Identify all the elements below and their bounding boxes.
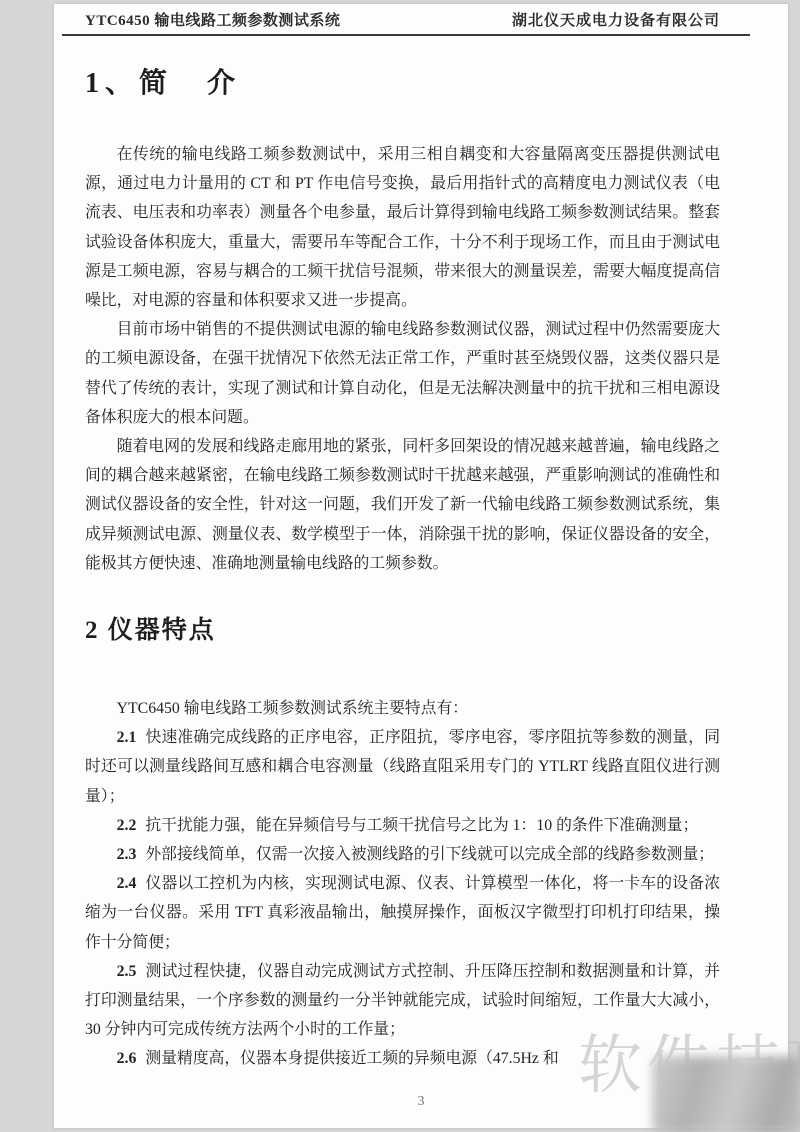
header-company-name: 湖北仪天成电力设备有限公司 xyxy=(512,9,720,30)
feature-text: 快速准确完成线路的正序电容，正序阻抗，零序电容，零序阻抗等参数的测量，同时还可以… xyxy=(85,729,720,804)
feature-text: 仪器以工控机为内核，实现测试电源、仪表、计算模型一体化，将一卡车的设备浓缩为一台… xyxy=(85,875,720,950)
scan-smudge-artifact xyxy=(652,1056,800,1132)
document-page: YTC6450 输电线路工频参数测试系统 湖北仪天成电力设备有限公司 1、简 介… xyxy=(54,4,788,1128)
feature-item: 2.3外部接线简单，仅需一次接入被测线路的引下线就可以完成全部的线路参数测量； xyxy=(85,840,720,869)
feature-text: 抗干扰能力强，能在异频信号与工频干扰信号之比为 1：10 的条件下准确测量； xyxy=(145,817,698,834)
paragraph: 随着电网的发展和线路走廊用地的紧张，同杆多回架设的情况越来越普遍，输电线路之间的… xyxy=(85,432,720,578)
features-intro: YTC6450 输电线路工频参数测试系统主要特点有： xyxy=(85,694,720,723)
feature-number: 2.4 xyxy=(117,875,137,892)
feature-number: 2.6 xyxy=(117,1050,137,1067)
page-header: YTC6450 输电线路工频参数测试系统 湖北仪天成电力设备有限公司 xyxy=(62,4,750,36)
section-1-body: 在传统的输电线路工频参数测试中，采用三相自耦变和大容量隔离变压器提供测试电源，通… xyxy=(85,140,720,578)
feature-number: 2.2 xyxy=(117,817,137,834)
paragraph: 目前市场中销售的不提供测试电源的输电线路参数测试仪器，测试过程中仍然需要庞大的工… xyxy=(85,315,720,432)
paragraph: 在传统的输电线路工频参数测试中，采用三相自耦变和大容量隔离变压器提供测试电源，通… xyxy=(85,140,720,315)
feature-text: 测试过程快捷，仪器自动完成测试方式控制、升压降压控制和数据测量和计算，并打印测量… xyxy=(85,963,720,1038)
feature-item: 2.4仪器以工控机为内核，实现测试电源、仪表、计算模型一体化，将一卡车的设备浓缩… xyxy=(85,869,720,957)
section-2-body: YTC6450 输电线路工频参数测试系统主要特点有： 2.1快速准确完成线路的正… xyxy=(85,694,720,1074)
feature-number: 2.5 xyxy=(117,963,137,980)
section-2-heading: 2 仪器特点 xyxy=(85,614,788,648)
feature-number: 2.1 xyxy=(117,729,137,746)
feature-text: 测量精度高，仪器本身提供接近工频的异频电源（47.5Hz 和 xyxy=(145,1050,558,1067)
header-document-title: YTC6450 输电线路工频参数测试系统 xyxy=(85,9,340,30)
feature-item: 2.2抗干扰能力强，能在异频信号与工频干扰信号之比为 1：10 的条件下准确测量… xyxy=(85,811,720,840)
section-1-heading: 1、简 介 xyxy=(85,66,788,102)
feature-text: 外部接线简单，仅需一次接入被测线路的引下线就可以完成全部的线路参数测量； xyxy=(145,846,714,863)
feature-number: 2.3 xyxy=(117,846,137,863)
feature-item: 2.1快速准确完成线路的正序电容，正序阻抗，零序电容，零序阻抗等参数的测量，同时… xyxy=(85,723,720,811)
